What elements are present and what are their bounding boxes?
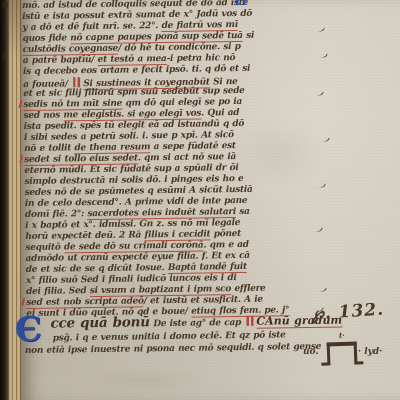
blue-paraph-mark: Π (234, 0, 247, 8)
text-segment: y a dō et dē fuit nrī. se. 22°. (22, 21, 161, 33)
text-segment: cce quā bonū (50, 314, 150, 331)
gutter-text-fragment: y (3, 28, 7, 34)
text-segment: sed nos (24, 110, 64, 121)
text-segment: a patrē baptīū/ (23, 55, 98, 66)
margin-word-uo: uo. (303, 348, 319, 357)
margin-word-lyd: · lyd· (358, 348, 382, 357)
gutter-text-fragment: b (2, 55, 6, 61)
text-segment: De iste ag° de cap (150, 318, 245, 329)
text-segment: efflere (231, 284, 266, 294)
text-segment: non etiā ipse inuestre ni psona nec mō s… (25, 342, 321, 356)
text-segment: a sepe fūdatē est (150, 141, 236, 152)
text-segment: dei filia. Sed (26, 286, 90, 297)
text-segment: quos fide (22, 33, 70, 44)
text-line: cce quā bonū De iste ag° de cap CAnū gra… (50, 315, 342, 331)
psalm-number-note: ℘. 132. (311, 301, 384, 324)
text-segment: / dō hē tu condicōne. si p (118, 42, 241, 54)
text-segment: qm dō qui elegī se po ia (122, 97, 242, 109)
text-line: non etiā ipse inuestre ni psona nec mō s… (25, 342, 321, 356)
red-paraph-mark (73, 77, 80, 87)
text-block: mō. ad istud de colloquiis sequūt de dō … (22, 0, 327, 380)
text-segment: horū expectēt deū. 2 Rā (25, 230, 144, 242)
text-line: psḡ. i q e venus unitia i domo eclē. Et … (53, 330, 286, 343)
text-segment: filius i cecidit (144, 229, 210, 241)
text-segment: sequitō (25, 242, 64, 253)
manuscript-photo: mō. ad istud de colloquiis sequūt de dō … (0, 0, 400, 400)
text-segment: sa (236, 207, 250, 217)
gutter-text-fragment: a) (2, 3, 9, 9)
text-segment: . qm e ad (203, 240, 248, 251)
text-segment: . qm si act nō sue iā (138, 152, 236, 163)
text-segment: pōnet (210, 229, 241, 239)
text-segment: . Qui ad (201, 108, 239, 119)
text-segment: nō e tollit (24, 143, 75, 154)
red-paraph-mark (246, 316, 253, 326)
text-segment: -i petra hic nō (166, 53, 235, 64)
illuminated-initial-e: Є (15, 314, 43, 346)
text-segment: si (243, 31, 254, 41)
text-segment: / et iustū et susficit. A ie (144, 295, 263, 307)
text-segment: domī fiē. 2°: (25, 209, 88, 220)
text-segment: de et sic de se q dicūt Iosue. (26, 263, 168, 275)
margin-tiny-mark: t· (339, 332, 345, 339)
text-segment: psḡ. i q e venus unitia i domo eclē. Et … (53, 330, 286, 343)
margin-staple-mark (327, 341, 358, 363)
